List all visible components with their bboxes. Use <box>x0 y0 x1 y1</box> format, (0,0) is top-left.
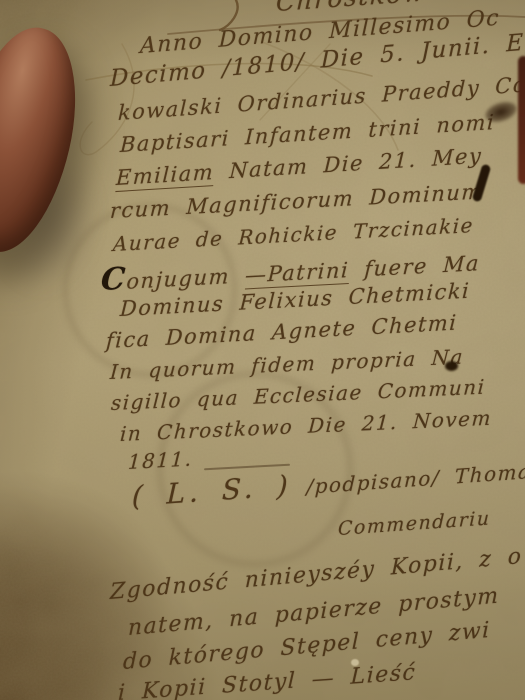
photo-edge-object <box>518 56 525 184</box>
manuscript-line-year: 1811. <box>127 447 193 474</box>
paper-speck <box>351 659 359 666</box>
handwriting-layer: Chrostkow Anno Domino Millesimo Oc Decim… <box>0 0 525 700</box>
document-photo: Chrostkow Anno Domino Millesimo Oc Decim… <box>0 0 525 700</box>
manuscript-line: Commendariu <box>338 507 491 540</box>
